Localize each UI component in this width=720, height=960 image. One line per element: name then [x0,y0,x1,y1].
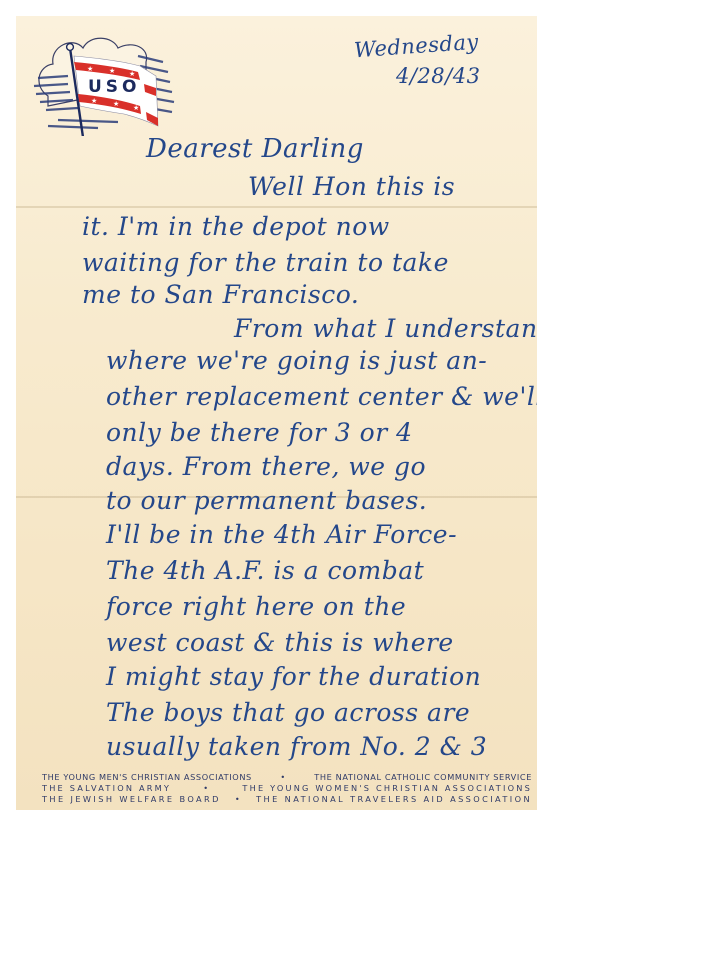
svg-text:★: ★ [91,97,97,105]
uso-flag-logo-icon: ★★★ ★★★ USO [28,26,178,136]
letter-body-line: I'll be in the 4th Air Force- [106,520,457,549]
svg-text:★: ★ [133,104,139,112]
footer-org: THE NATIONAL TRAVELERS AID ASSOCIATION [256,794,532,805]
letter-body-line: to our permanent bases. [106,486,427,515]
svg-text:★: ★ [87,65,93,73]
footer-separator: • [274,772,291,783]
letter-body-line: only be there for 3 or 4 [106,418,413,447]
letter-body-line: other replacement center & we'll [106,382,537,411]
letter-body-line: me to San Francisco. [82,280,359,309]
letter-body-line: it. I'm in the depot now [82,212,390,241]
footer-org: THE YOUNG WOMEN'S CHRISTIAN ASSOCIATIONS [242,783,532,794]
svg-text:USO: USO [88,77,141,97]
letter-body-line: Well Hon this is [248,172,455,201]
svg-text:★: ★ [109,67,115,75]
footer-org: THE JEWISH WELFARE BOARD [42,794,221,805]
footer-row: THE SALVATION ARMY • THE YOUNG WOMEN'S C… [42,783,532,794]
svg-text:★: ★ [113,100,119,108]
footer-org: THE SALVATION ARMY [42,783,171,794]
footer-separator: • [197,783,216,794]
footer-separator: • [229,794,248,805]
footer-org: THE NATIONAL CATHOLIC COMMUNITY SERVICE [314,772,532,783]
letter-body-line: usually taken from No. 2 & 3 [106,732,487,761]
footer-row: THE YOUNG MEN'S CHRISTIAN ASSOCIATIONS •… [42,772,532,783]
letter-body-line: I might stay for the duration [106,662,481,691]
paper-fold-line [16,206,537,208]
letter-date-weekday: Wednesday [353,30,479,63]
letter-body-line: waiting for the train to take [82,248,449,277]
letter-body-line: west coast & this is where [106,628,454,657]
letter-body-line: From what I understand, [234,314,537,343]
letter-page: ★★★ ★★★ USO Wednesday 4/28/43 Dearest Da… [16,16,537,810]
letter-body-line: days. From there, we go [106,452,426,481]
letter-body-line: The 4th A.F. is a combat [106,556,424,585]
footer-row: THE JEWISH WELFARE BOARD • THE NATIONAL … [42,794,532,805]
letter-body-line: force right here on the [106,592,406,621]
letterhead-footer: THE YOUNG MEN'S CHRISTIAN ASSOCIATIONS •… [42,772,532,805]
footer-org: THE YOUNG MEN'S CHRISTIAN ASSOCIATIONS [42,772,252,783]
letter-body-line: where we're going is just an- [106,346,487,375]
letter-body-line: The boys that go across are [106,698,470,727]
letter-date: 4/28/43 [396,64,480,88]
letter-salutation: Dearest Darling [146,134,364,164]
